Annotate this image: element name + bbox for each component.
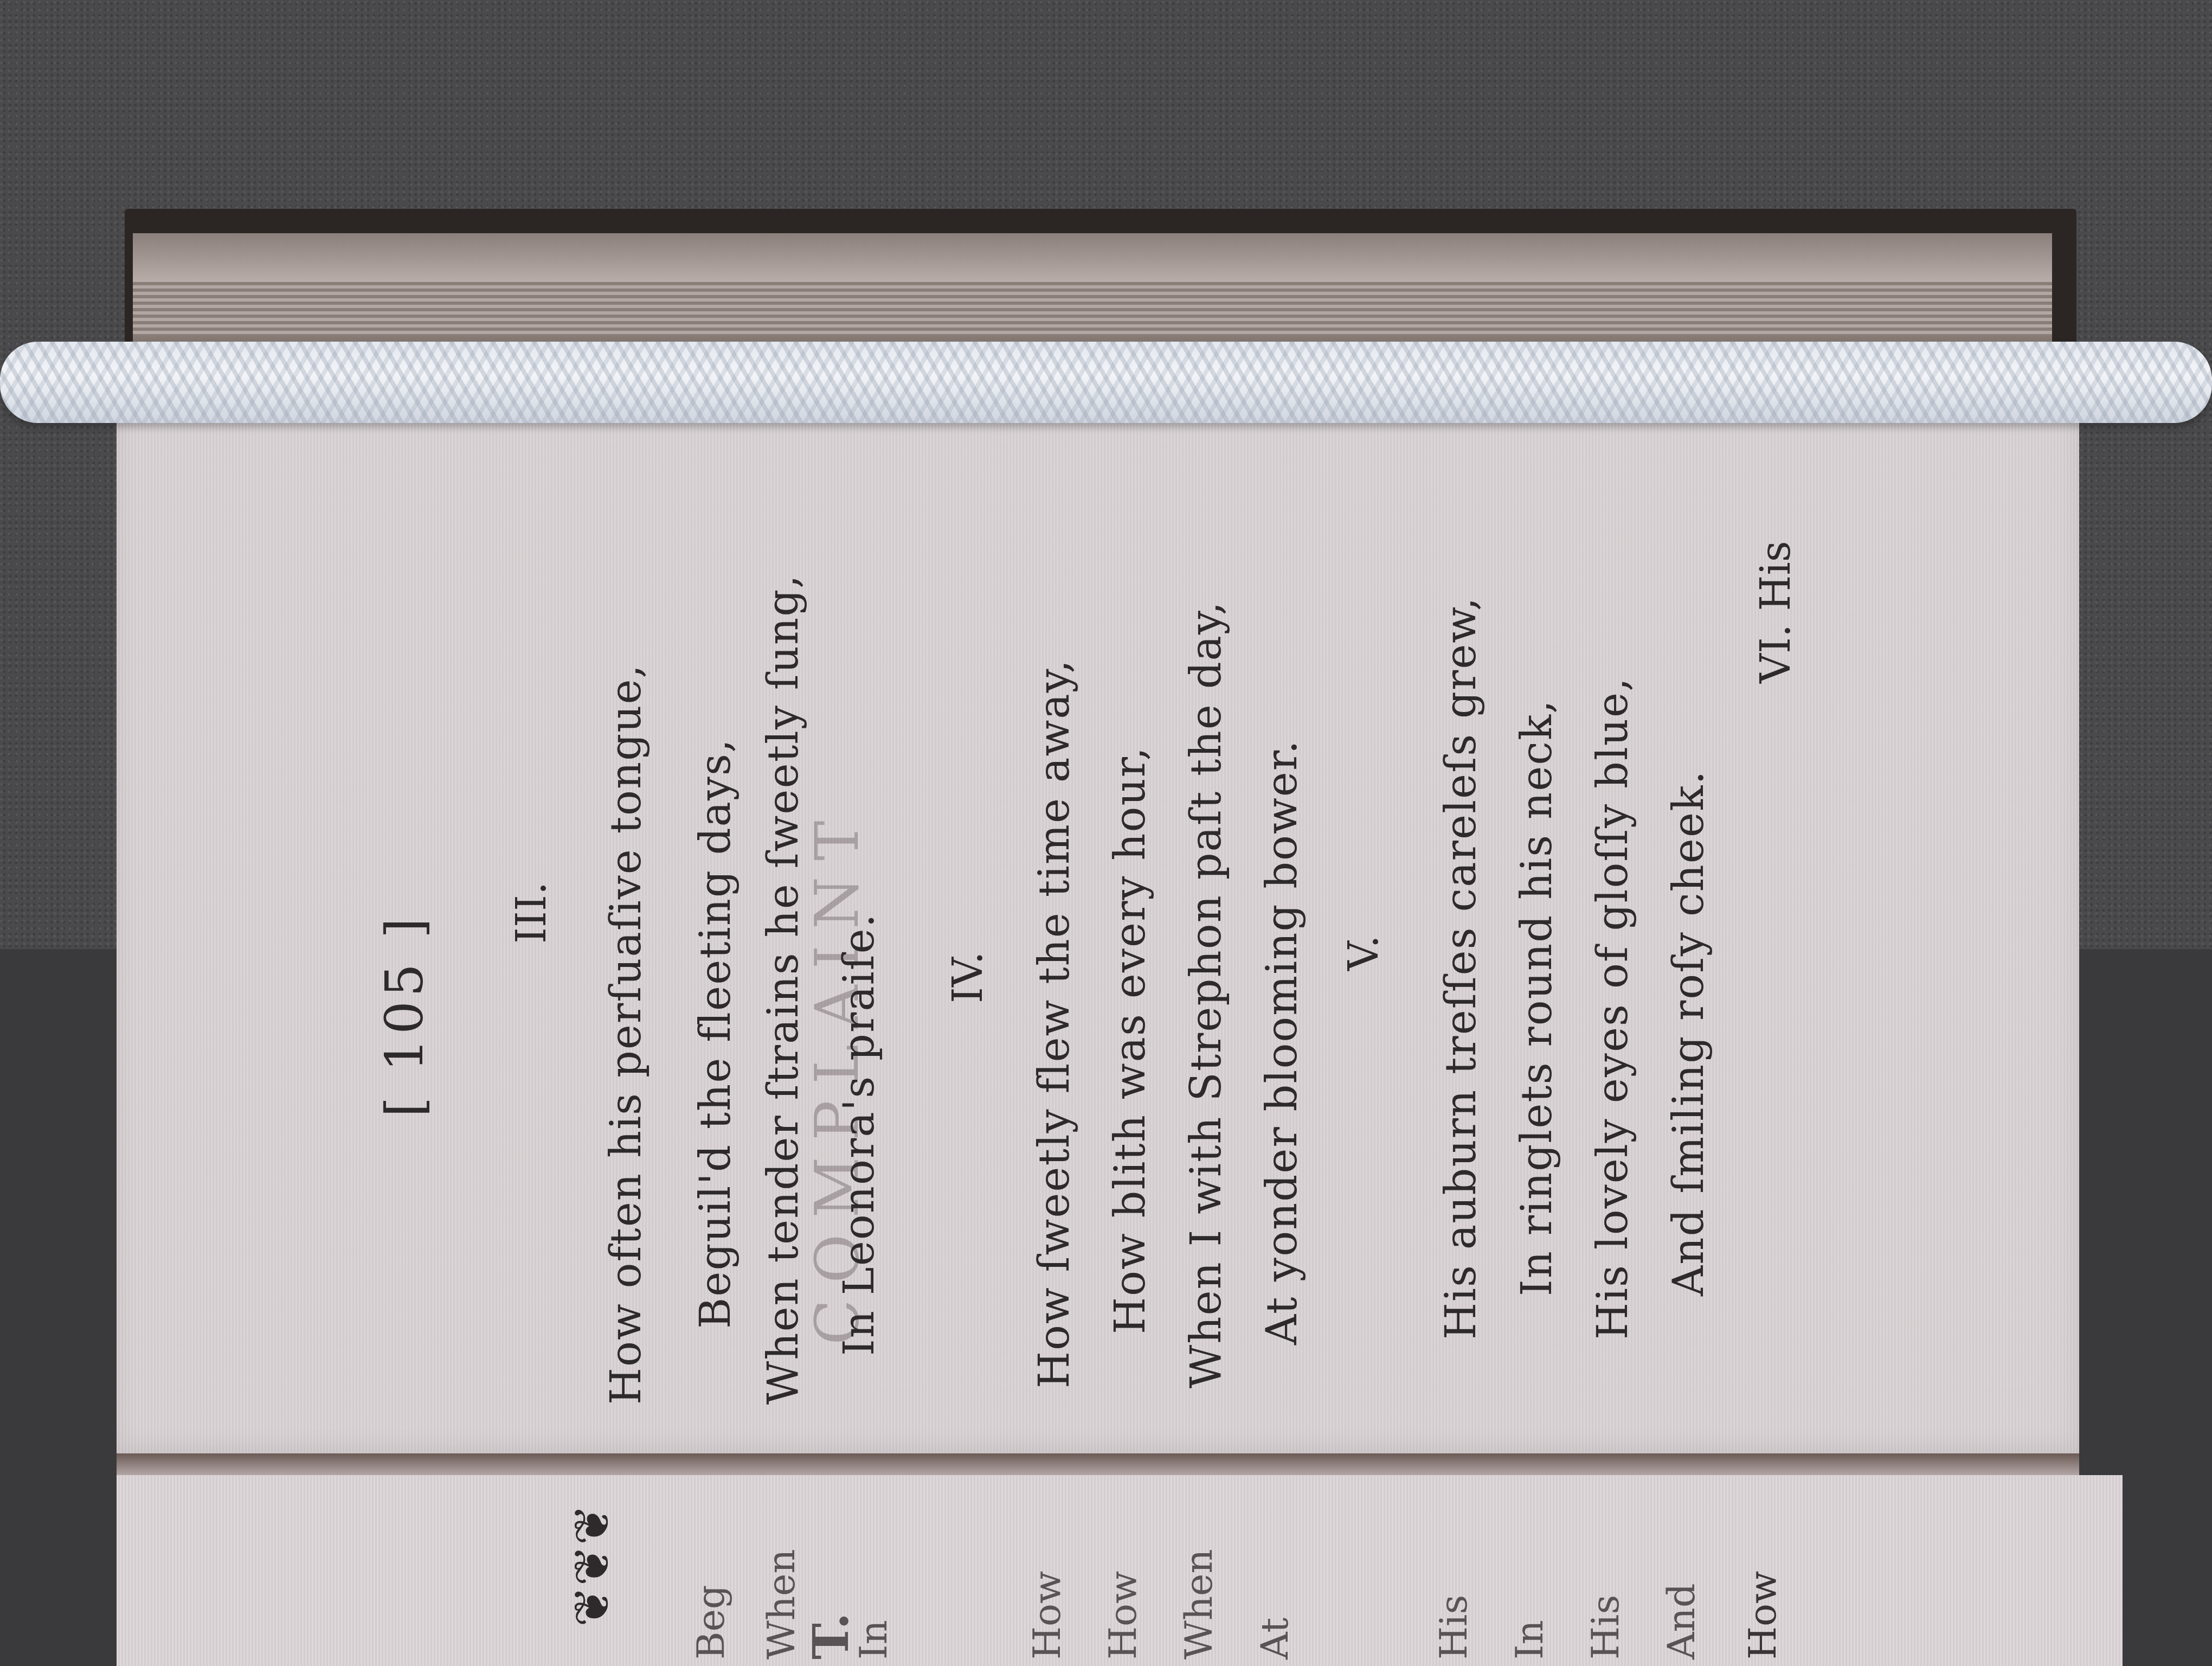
facing-page-fragment: Beg (689, 1585, 733, 1659)
facing-page-fragment: How (1740, 1571, 1785, 1659)
facing-page-fragment: And (1659, 1584, 1703, 1659)
poem-line: His auburn treſſes careleſs grew, (1437, 596, 1486, 1340)
poem-line: Beguil'd the fleeting days, (691, 738, 740, 1329)
poem-line: At yonder blooming bower. (1258, 739, 1307, 1345)
poem-line: In Leonora's praiſe. (835, 913, 884, 1356)
facing-page-fragment: In (1507, 1620, 1552, 1659)
facing-page-fragment: His (1583, 1595, 1628, 1659)
facing-page-fragment: How (1101, 1571, 1145, 1659)
poem-line: In ringlets round his neck, (1513, 699, 1561, 1296)
page-number: [ 105 ] (374, 914, 435, 1117)
poem-line: How ſweetly flew the time away, (1030, 659, 1079, 1388)
poem-line: How blith was every hour, (1106, 746, 1155, 1334)
stanza-number: III. (507, 882, 555, 944)
poem-line: When I with Strephon paſt the day, (1182, 600, 1231, 1388)
poem-line: And ſmiling roſy cheek. (1664, 770, 1713, 1296)
facing-page-fragment: At (1252, 1618, 1297, 1659)
stanza-number: IV. (943, 951, 992, 1003)
floral-ornament-icon: ❦❦❦ (564, 1504, 621, 1627)
facing-page-fragment: How (1025, 1571, 1069, 1659)
poem-line: When tender ſtrains he ſweetly ſung, (759, 574, 808, 1405)
catchword: VI. His (1751, 541, 1799, 683)
facing-page-fragment: His (1431, 1595, 1476, 1659)
stanza-number: V. (1339, 935, 1387, 971)
facing-page-fragment: When (759, 1549, 803, 1659)
facing-page-fragment: In (851, 1620, 896, 1659)
facing-page-fragment: When (1176, 1549, 1221, 1659)
text-layer: [ 105 ] COMPLAINT III. How often his per… (0, 0, 2212, 1666)
poem-line: How often his perſuaſive tongue, (602, 664, 651, 1405)
poem-line: His lovely eyes of gloſſy blue, (1589, 677, 1637, 1340)
